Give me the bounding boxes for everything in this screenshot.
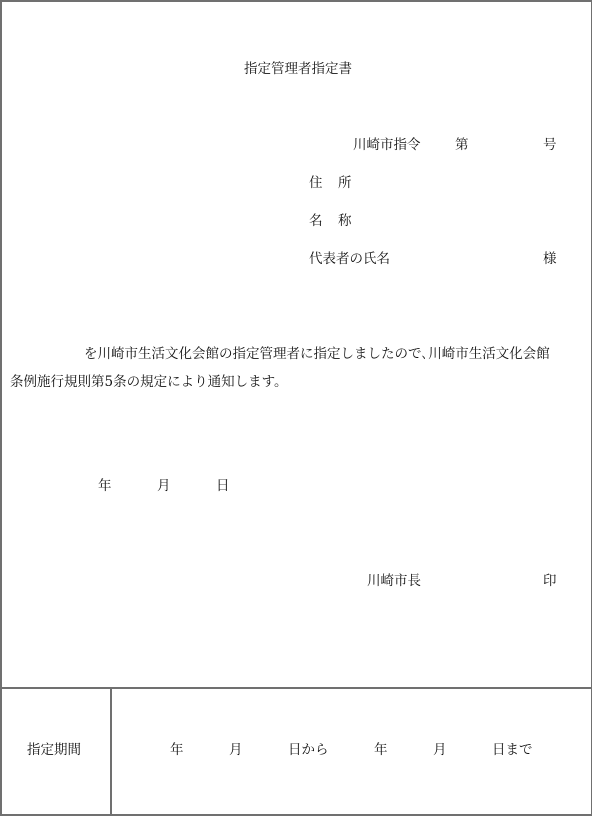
address-label-1: 住	[309, 177, 323, 191]
signer-title: 川崎市長	[367, 575, 421, 589]
date-month: 月	[157, 480, 171, 494]
period-end-year: 年	[374, 744, 388, 758]
period-end-day: 日まで	[492, 744, 533, 758]
seal-mark: 印	[543, 575, 557, 589]
number-prefix: 第	[455, 139, 469, 153]
representative-label: 代表者の氏名	[309, 253, 390, 267]
honorific: 様	[543, 253, 557, 267]
table-top-border	[2, 687, 592, 689]
period-label: 指定期間	[27, 744, 81, 758]
period-start-day: 日から	[288, 744, 329, 758]
name-label-2: 称	[338, 215, 352, 229]
number-suffix: 号	[543, 139, 557, 153]
period-start-year: 年	[170, 744, 184, 758]
date-year: 年	[98, 480, 112, 494]
period-end-month: 月	[433, 744, 447, 758]
table-column-divider	[110, 688, 112, 816]
name-label-1: 名	[309, 215, 323, 229]
issuer-label: 川崎市指令	[353, 139, 421, 153]
body-line-2: 条例施行規則第5条の規定により通知します。	[10, 376, 288, 390]
date-day: 日	[216, 480, 230, 494]
address-label-2: 所	[338, 177, 352, 191]
period-start-month: 月	[229, 744, 243, 758]
body-line-1: を川崎市生活文化会館の指定管理者に指定しましたので､川崎市生活文化会館	[84, 348, 550, 362]
document-page: 指定管理者指定書 川崎市指令 第 号 住 所 名 称 代表者の氏名 様 を川崎市…	[0, 0, 592, 816]
document-title: 指定管理者指定書	[2, 63, 592, 77]
